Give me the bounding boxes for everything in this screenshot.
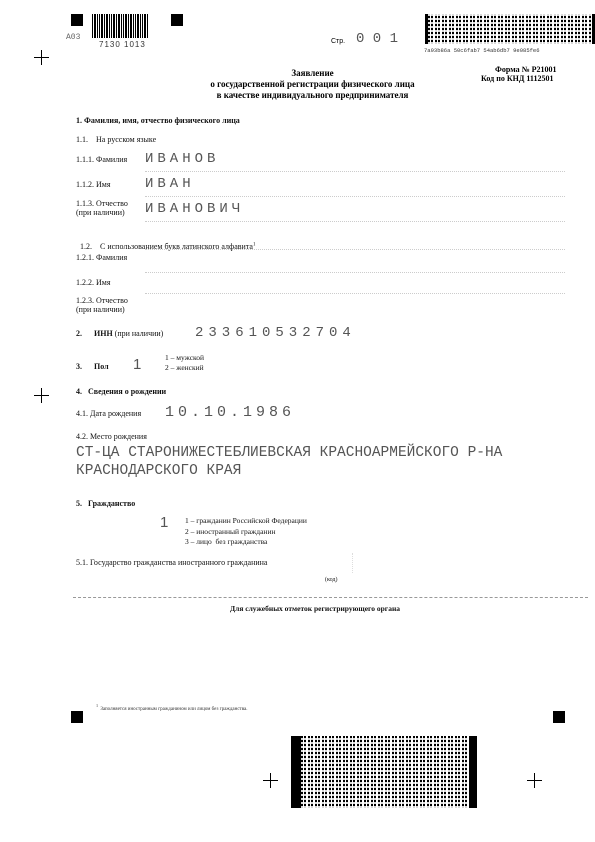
inn-row-label: 2.ИНН (при наличии): [76, 329, 163, 338]
registration-cross-left-middle: [34, 388, 49, 403]
document-title: Заявление о государственной регистрации …: [0, 68, 595, 101]
birth-heading: 4. Сведения о рождении: [76, 387, 166, 396]
title-line-1: Заявление: [0, 68, 595, 79]
sex-field[interactable]: 1: [133, 356, 145, 373]
lat-patronymic-note: (при наличии): [76, 305, 125, 314]
sex-label: Пол: [94, 362, 109, 371]
inn-note: (при наличии): [115, 329, 164, 338]
birthplace-line-1: СТ-ЦА СТАРОНИЖЕСТЕБЛИЕВСКАЯ КРАСНОАРМЕЙС…: [76, 444, 502, 462]
name-field[interactable]: ИВАН: [145, 176, 195, 192]
lat-name-underline: [145, 293, 565, 294]
birthplace-label: 4.2. Место рождения: [76, 432, 147, 441]
sex-num: 3.: [76, 362, 94, 371]
title-line-3: в качестве индивидуального предпринимате…: [0, 90, 595, 101]
section1-heading: 1. Фамилия, имя, отчество физического ли…: [76, 116, 240, 125]
page-label: Стр.: [331, 38, 345, 45]
linear-barcode: [92, 14, 156, 38]
birthplace-field[interactable]: СТ-ЦА СТАРОНИЖЕСТЕБЛИЕВСКАЯ КРАСНОАРМЕЙС…: [76, 444, 502, 480]
surname-field[interactable]: ИВАНОВ: [145, 151, 219, 167]
patronymic-note: (при наличии): [76, 208, 125, 217]
foreign-country-code-field[interactable]: [312, 553, 353, 573]
surname-label: 1.1.1. Фамилия: [76, 155, 127, 164]
service-separator: [73, 597, 588, 598]
footnote-num: 1: [96, 703, 98, 708]
pdf417-barcode-bottom: [291, 736, 477, 808]
citizenship-field[interactable]: 1: [160, 514, 168, 531]
registration-marker-bottom-left: [71, 711, 83, 723]
sex-options: 1 – мужской 2 – женский: [165, 353, 204, 373]
foreign-country-label: 5.1. Государство гражданства иностранног…: [76, 558, 267, 567]
lat-surname-field[interactable]: [145, 252, 565, 270]
patronymic-field[interactable]: ИВАНОВИЧ: [145, 201, 244, 217]
sex-option-male: 1 – мужской: [165, 353, 204, 363]
section1-1-label: 1.1. На русском языке: [76, 135, 156, 144]
name-underline: [145, 196, 565, 197]
footnote-text: Заполняется иностранным гражданином или …: [100, 707, 247, 712]
title-line-2: о государственной регистрации физическог…: [0, 79, 595, 90]
corner-code: A03: [66, 33, 80, 42]
citizenship-options: 1 – гражданин Российской Федерации 2 – и…: [185, 516, 307, 548]
sex-row-label: 3.Пол: [76, 362, 109, 371]
registration-marker-bottom-right: [553, 711, 565, 723]
page-number: 0 0 1: [356, 31, 398, 47]
registration-marker-top-left: [71, 14, 83, 26]
lat-name-label: 1.2.2. Имя: [76, 278, 111, 287]
footnote-ref: 1: [253, 242, 256, 247]
pdf417-barcode-top: [425, 14, 595, 44]
registration-marker-top-right: [171, 14, 183, 26]
lat-patronymic-label: 1.2.3. Отчество: [76, 296, 128, 305]
birthplace-line-2: КРАСНОДАРСКОГО КРАЯ: [76, 462, 502, 480]
sex-option-female: 2 – женский: [165, 363, 204, 373]
registration-cross-bottom-right: [527, 773, 542, 788]
patronymic-label: 1.1.3. Отчество: [76, 199, 128, 208]
citizenship-option-rf: 1 – гражданин Российской Федерации: [185, 516, 307, 527]
birthdate-label: 4.1. Дата рождения: [76, 409, 141, 418]
hash-code: 7a93b86a 50c6fab7 54ab6db7 9e085fe6: [424, 47, 540, 54]
lat-surname-underline-2: [145, 272, 565, 273]
citizenship-option-foreign: 2 – иностранный гражданин: [185, 527, 307, 538]
surname-underline: [145, 171, 565, 172]
service-label: Для служебных отметок регистрирующего ор…: [0, 604, 595, 613]
citizenship-heading: 5. Гражданство: [76, 499, 135, 508]
inn-field[interactable]: 233610532704: [195, 325, 356, 341]
lat-surname-label: 1.2.1. Фамилия: [76, 253, 127, 262]
registration-cross-left-top: [34, 50, 49, 65]
birthdate-field[interactable]: 10.10.1986: [165, 404, 295, 421]
code-label: (код): [325, 577, 338, 583]
barcode-number: 7130 1013: [99, 40, 146, 49]
patronymic-underline: [145, 221, 565, 222]
lat-name-field[interactable]: [145, 276, 565, 292]
name-label: 1.1.2. Имя: [76, 180, 111, 189]
footnote: 1 Заполняется иностранным гражданином ил…: [96, 703, 248, 712]
lat-patronymic-field[interactable]: [145, 296, 565, 314]
lat-surname-underline: [145, 249, 565, 250]
inn-num: 2.: [76, 329, 94, 338]
registration-cross-bottom-left: [263, 773, 278, 788]
citizenship-option-stateless: 3 – лицо без гражданства: [185, 537, 307, 548]
inn-label: ИНН: [94, 329, 113, 338]
